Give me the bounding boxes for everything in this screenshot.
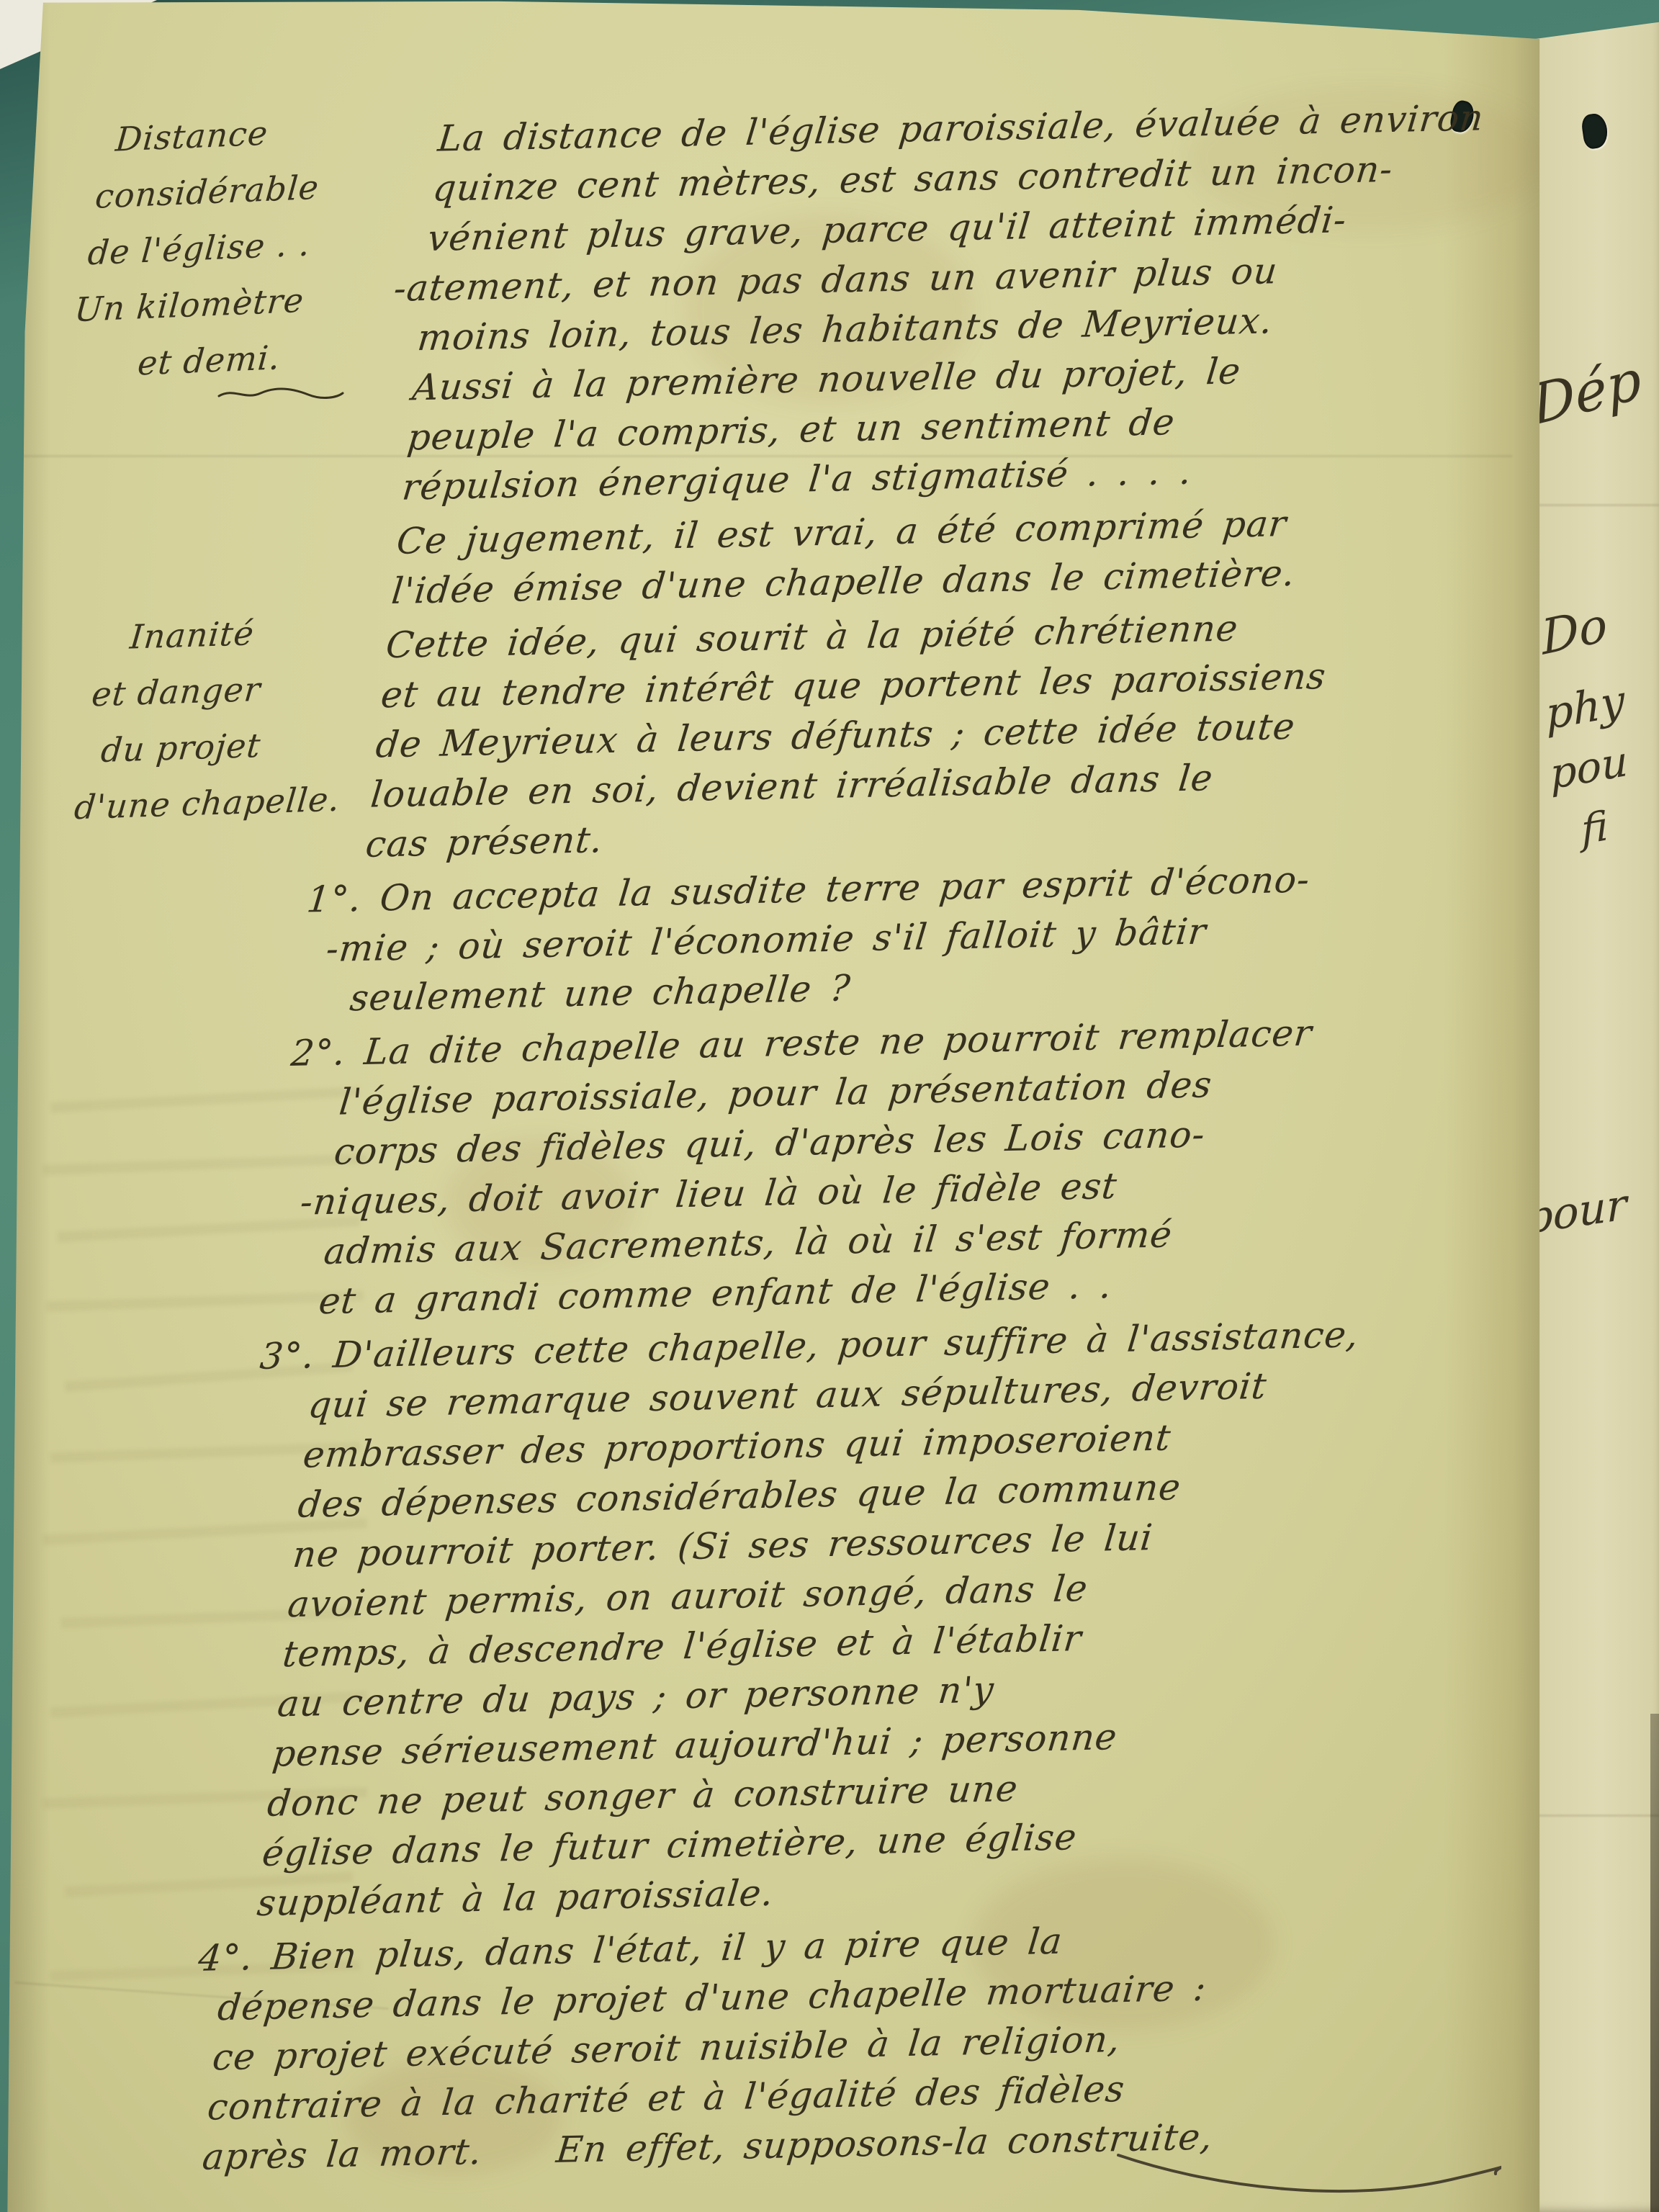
paragraph-point-1: 1°. On accepta la susdite terre par espr… bbox=[295, 852, 1483, 1025]
margin-note-inanite: Inanité et danger du projet d'une chapel… bbox=[71, 602, 358, 836]
margin-note-line: d'une chapelle. bbox=[72, 770, 343, 835]
handwriting-fragment: pour bbox=[1525, 1179, 1627, 1244]
photo-scene: Dép Do phy pou fi pour bbox=[0, 0, 1659, 2212]
margin-note-line: Un kilomètre bbox=[73, 271, 313, 338]
margin-note-line: de l'église . . bbox=[86, 215, 317, 282]
paragraph-distance: La distance de l'église paroissiale, éva… bbox=[346, 91, 1560, 513]
margin-note-line: du projet bbox=[99, 714, 348, 778]
handwriting-fragment: phy bbox=[1545, 675, 1626, 740]
handwriting-fragment: Dép bbox=[1529, 346, 1645, 437]
page-edge-shadow bbox=[1650, 1714, 1659, 2212]
handwriting-fragment: fi bbox=[1581, 803, 1609, 855]
manuscript-page: Distance considérable de l'église . . Un… bbox=[0, 0, 1659, 2212]
paragraph-jugement: Ce jugement, il est vrai, a été comprimé… bbox=[336, 495, 1520, 618]
handwriting-fragment: Do bbox=[1539, 596, 1609, 666]
margin-note-line: Distance bbox=[114, 102, 326, 167]
margin-note-line: et danger bbox=[89, 658, 353, 723]
paragraph-point-2: 2°. La dite chapelle au reste ne pourroi… bbox=[263, 1005, 1467, 1328]
margin-note-line: considérable bbox=[93, 159, 321, 225]
handwriting-fragment: pou bbox=[1549, 736, 1629, 799]
margin-note-distance: Distance considérable de l'église . . Un… bbox=[66, 102, 325, 394]
paragraph-idee: Cette idée, qui sourit à la piété chréti… bbox=[310, 598, 1509, 871]
margin-note-line: et demi. bbox=[135, 328, 307, 392]
underline-squiggle bbox=[216, 385, 346, 403]
end-flourish-stroke bbox=[1112, 2142, 1501, 2207]
margin-note-line: Inanité bbox=[127, 602, 358, 665]
manuscript-body: La distance de l'église paroissiale, éva… bbox=[175, 91, 1560, 2187]
paragraph-point-3: 3°. D'ailleurs cette chapelle, pour suff… bbox=[202, 1308, 1437, 1930]
punch-hole bbox=[1581, 112, 1609, 150]
